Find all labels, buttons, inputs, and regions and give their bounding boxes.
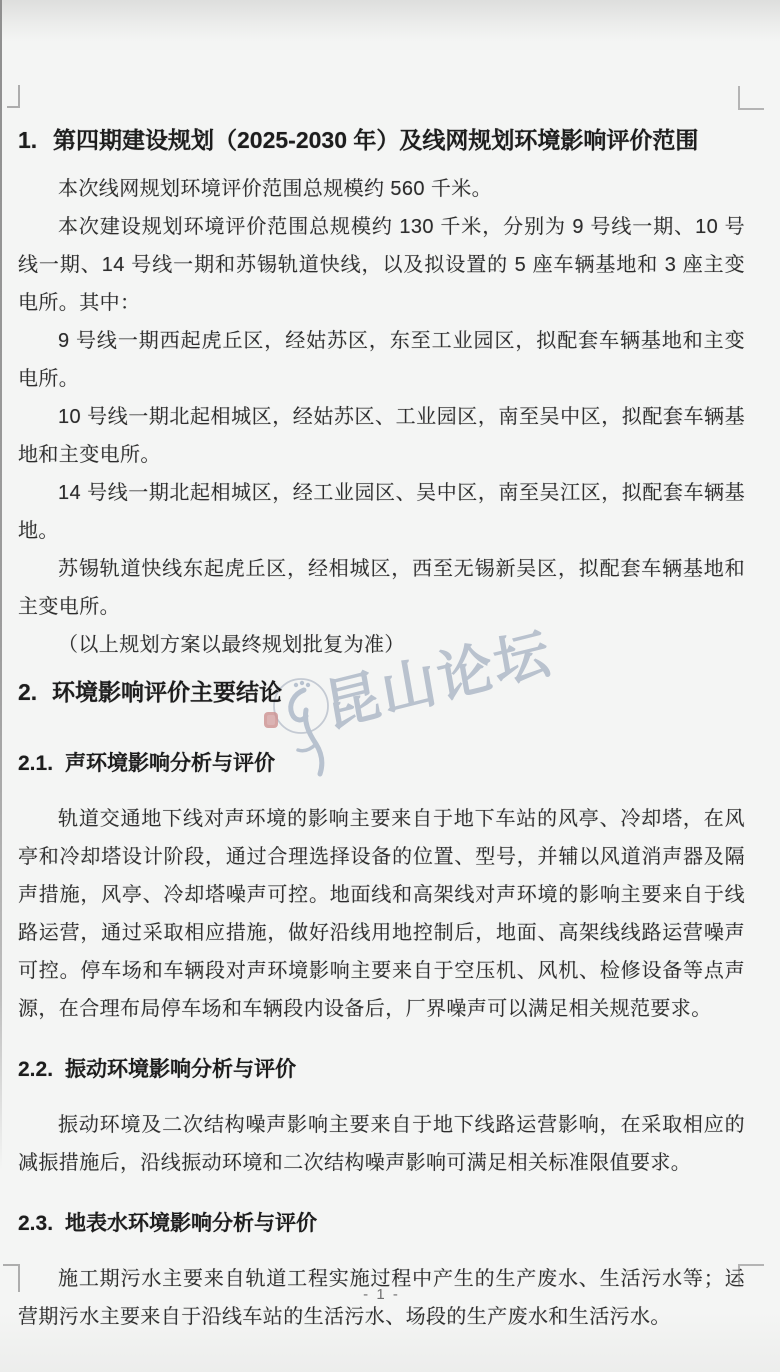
crop-mark-top-right	[738, 86, 764, 110]
section-2-1-heading: 2.1.声环境影响分析与评价	[18, 750, 745, 778]
paragraph: 苏锡轨道快线东起虎丘区，经相城区，西至无锡新吴区，拟配套车辆基地和主变电所。	[18, 550, 745, 626]
paragraph: 轨道交通地下线对声环境的影响主要来自于地下车站的风亭、冷却塔，在风亭和冷却塔设计…	[18, 800, 745, 1028]
section-2-title: 环境影响评价主要结论	[52, 679, 282, 705]
section-2-1-title: 声环境影响分析与评价	[65, 752, 275, 775]
section-2-2-number: 2.2.	[18, 1056, 65, 1084]
page-edge-line	[0, 0, 2, 1170]
page-number: - 1 -	[18, 1286, 745, 1303]
section-1-number: 1.	[18, 124, 53, 156]
section-2-number: 2.	[18, 676, 52, 708]
paragraph: （以上规划方案以最终规划批复为准）	[18, 626, 745, 664]
paragraph: 本次建设规划环境评价范围总规模约 130 千米，分别为 9 号线一期、10 号线…	[18, 208, 745, 322]
paragraph: 14 号线一期北起相城区，经工业园区、吴中区，南至吴江区，拟配套车辆基地。	[18, 474, 745, 550]
section-1-title: 第四期建设规划（2025-2030 年）及线网规划环境影响评价范围	[53, 127, 698, 153]
paragraph: 振动环境及二次结构噪声影响主要来自于地下线路运营影响，在采取相应的减振措施后，沿…	[18, 1106, 745, 1182]
paragraph: 9 号线一期西起虎丘区，经姑苏区，东至工业园区，拟配套车辆基地和主变电所。	[18, 322, 745, 398]
section-1-heading: 1.第四期建设规划（2025-2030 年）及线网规划环境影响评价范围	[18, 124, 745, 156]
photo-shading-top	[0, 0, 780, 42]
section-2-1-number: 2.1.	[18, 750, 65, 778]
section-2-2-heading: 2.2.振动环境影响分析与评价	[18, 1056, 745, 1084]
section-2-3-title: 地表水环境影响分析与评价	[65, 1212, 317, 1235]
paragraph: 本次线网规划环境评价范围总规模约 560 千米。	[18, 170, 745, 208]
section-2-heading: 2.环境影响评价主要结论	[18, 676, 745, 708]
crop-mark-top-left	[7, 85, 20, 108]
paragraph: 10 号线一期北起相城区，经姑苏区、工业园区，南至吴中区，拟配套车辆基地和主变电…	[18, 398, 745, 474]
section-2-3-heading: 2.3.地表水环境影响分析与评价	[18, 1210, 745, 1238]
section-2-3-number: 2.3.	[18, 1210, 65, 1238]
document-body: 1.第四期建设规划（2025-2030 年）及线网规划环境影响评价范围 本次线网…	[18, 124, 745, 1336]
section-2-2-title: 振动环境影响分析与评价	[65, 1058, 296, 1081]
